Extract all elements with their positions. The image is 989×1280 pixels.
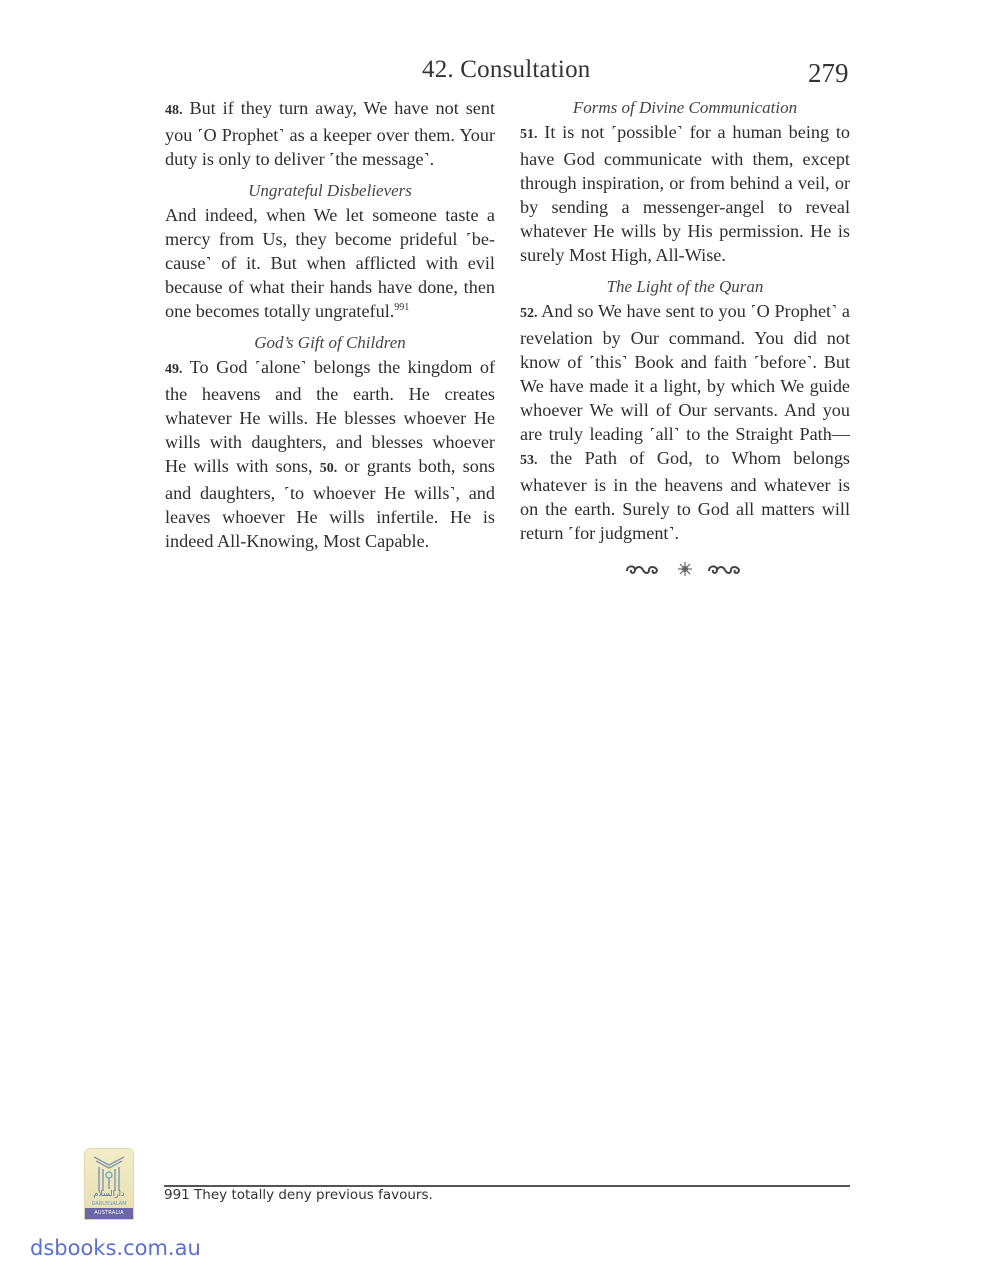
- verse-text: And so We have sent to you ˹O Proph­et˺ …: [520, 301, 850, 444]
- publisher-website-link[interactable]: dsbooks.com.au: [30, 1236, 201, 1260]
- verse-48: 48. But if they turn away, We have not s…: [165, 96, 495, 171]
- svg-text:دارالسلام: دارالسلام: [93, 1189, 125, 1198]
- left-column: 48. But if they turn away, We have not s…: [165, 96, 495, 553]
- right-column: Forms of Divine Communication 51. It is …: [520, 96, 850, 583]
- chapter-title: 42. Consultation: [422, 56, 590, 84]
- publisher-logo: دارالسلام DARUSSALAM AUSTRALIA: [85, 1149, 133, 1219]
- verse-number: 49.: [165, 362, 183, 377]
- verse-number: 53.: [520, 453, 538, 468]
- paragraph-ungrateful: And indeed, when We let someone taste a …: [165, 203, 495, 323]
- verse-number: 50.: [320, 461, 338, 476]
- chapter-end-ornament-icon: [520, 559, 850, 583]
- ornament-divider-icon: [623, 561, 747, 577]
- verse-text: But if they turn away, We have not sent …: [165, 98, 495, 169]
- verse-number: 52.: [520, 306, 538, 321]
- running-head: 42. Consultation 279: [0, 56, 989, 90]
- verse-number: 48.: [165, 103, 183, 118]
- verses-52-53: 52. And so We have sent to you ˹O Proph­…: [520, 299, 850, 545]
- verse-text: It is not ˹possible˺ for a human being t…: [520, 122, 850, 265]
- svg-text:DARUSSALAM: DARUSSALAM: [92, 1201, 127, 1207]
- paragraph-text: And indeed, when We let someone taste a …: [165, 205, 495, 321]
- page-number: 279: [808, 58, 849, 89]
- section-heading-gods-gift-of-children: God’s Gift of Children: [165, 331, 495, 355]
- verse-text: the Path of God, to Whom belongs whateve…: [520, 448, 850, 543]
- verse-51: 51. It is not ˹possible˺ for a human bei…: [520, 120, 850, 267]
- verse-number: 51.: [520, 127, 538, 142]
- darussalam-logo-icon: دارالسلام DARUSSALAM: [85, 1149, 133, 1208]
- footnote-reference[interactable]: 991: [394, 302, 409, 313]
- verses-49-50: 49. To God ˹alone˺ belongs the kingdom o…: [165, 355, 495, 553]
- section-heading-light-of-the-quran: The Light of the Quran: [520, 275, 850, 299]
- logo-band: AUSTRALIA: [85, 1208, 133, 1219]
- section-heading-ungrateful-disbelievers: Ungrateful Disbelievers: [165, 179, 495, 203]
- footnote-991: 991 They totally deny previous favours.: [164, 1187, 433, 1203]
- section-heading-forms-of-divine-communication: Forms of Divine Communication: [520, 96, 850, 120]
